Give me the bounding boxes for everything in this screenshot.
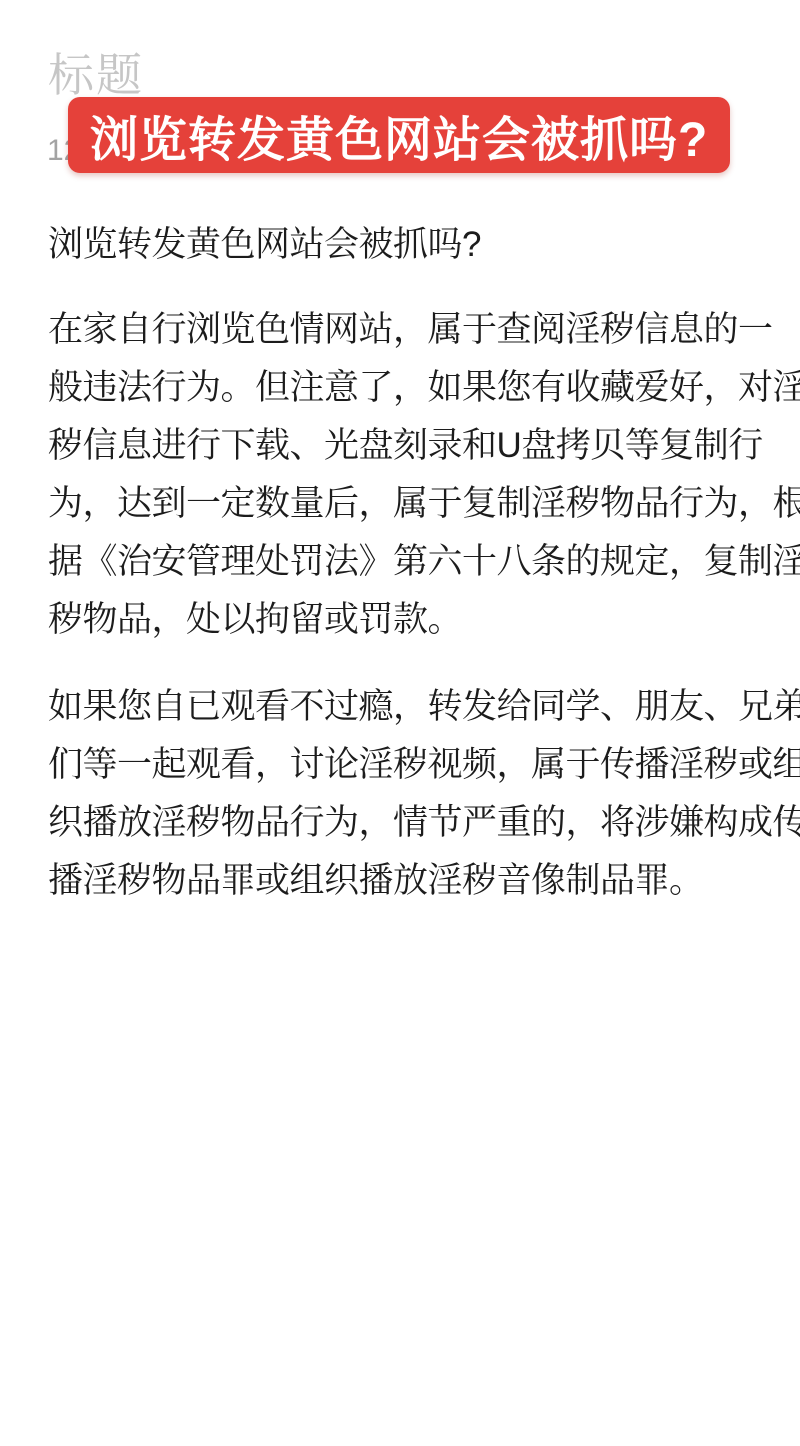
headline-banner: 浏览转发黄色网站会被抓吗? xyxy=(68,97,730,173)
headline-banner-text: 浏览转发黄色网站会被抓吗? xyxy=(90,101,708,170)
title-input[interactable]: 标题 xyxy=(48,50,144,101)
text-line: 在家自行浏览色情网站，属于查阅淫秽信息的一 xyxy=(48,301,758,359)
text-line: 织播放淫秽物品行为，情节严重的，将涉嫌构成传 xyxy=(48,794,758,852)
text-line: 秽物品，处以拘留或罚款。 xyxy=(48,591,758,649)
text-line: 秽信息进行下载、光盘刻录和U盘拷贝等复制行 xyxy=(48,417,758,475)
paragraph-2: 如果您自已观看不过瘾，转发给同学、朋友、兄弟 们等一起观看，讨论淫秽视频，属于传… xyxy=(48,678,758,910)
text-line: 据《治安管理处罚法》第六十八条的规定，复制淫 xyxy=(48,533,758,591)
page: 标题 12 浏览转发黄色网站会被抓吗? 浏览转发黄色网站会被抓吗? 在家自行浏览… xyxy=(0,0,800,1446)
text-line: 如果您自已观看不过瘾，转发给同学、朋友、兄弟 xyxy=(48,678,758,736)
article-subtitle: 浏览转发黄色网站会被抓吗? xyxy=(48,216,758,274)
text-line: 般违法行为。但注意了，如果您有收藏爱好，对淫 xyxy=(48,359,758,417)
article-body: 浏览转发黄色网站会被抓吗? 在家自行浏览色情网站，属于查阅淫秽信息的一 般违法行… xyxy=(48,216,758,939)
paragraph-1: 在家自行浏览色情网站，属于查阅淫秽信息的一 般违法行为。但注意了，如果您有收藏爱… xyxy=(48,301,758,649)
text-line: 们等一起观看，讨论淫秽视频，属于传播淫秽或组 xyxy=(48,736,758,794)
text-line: 为，达到一定数量后，属于复制淫秽物品行为，根 xyxy=(48,475,758,533)
text-line: 播淫秽物品罪或组织播放淫秽音像制品罪。 xyxy=(48,852,758,910)
